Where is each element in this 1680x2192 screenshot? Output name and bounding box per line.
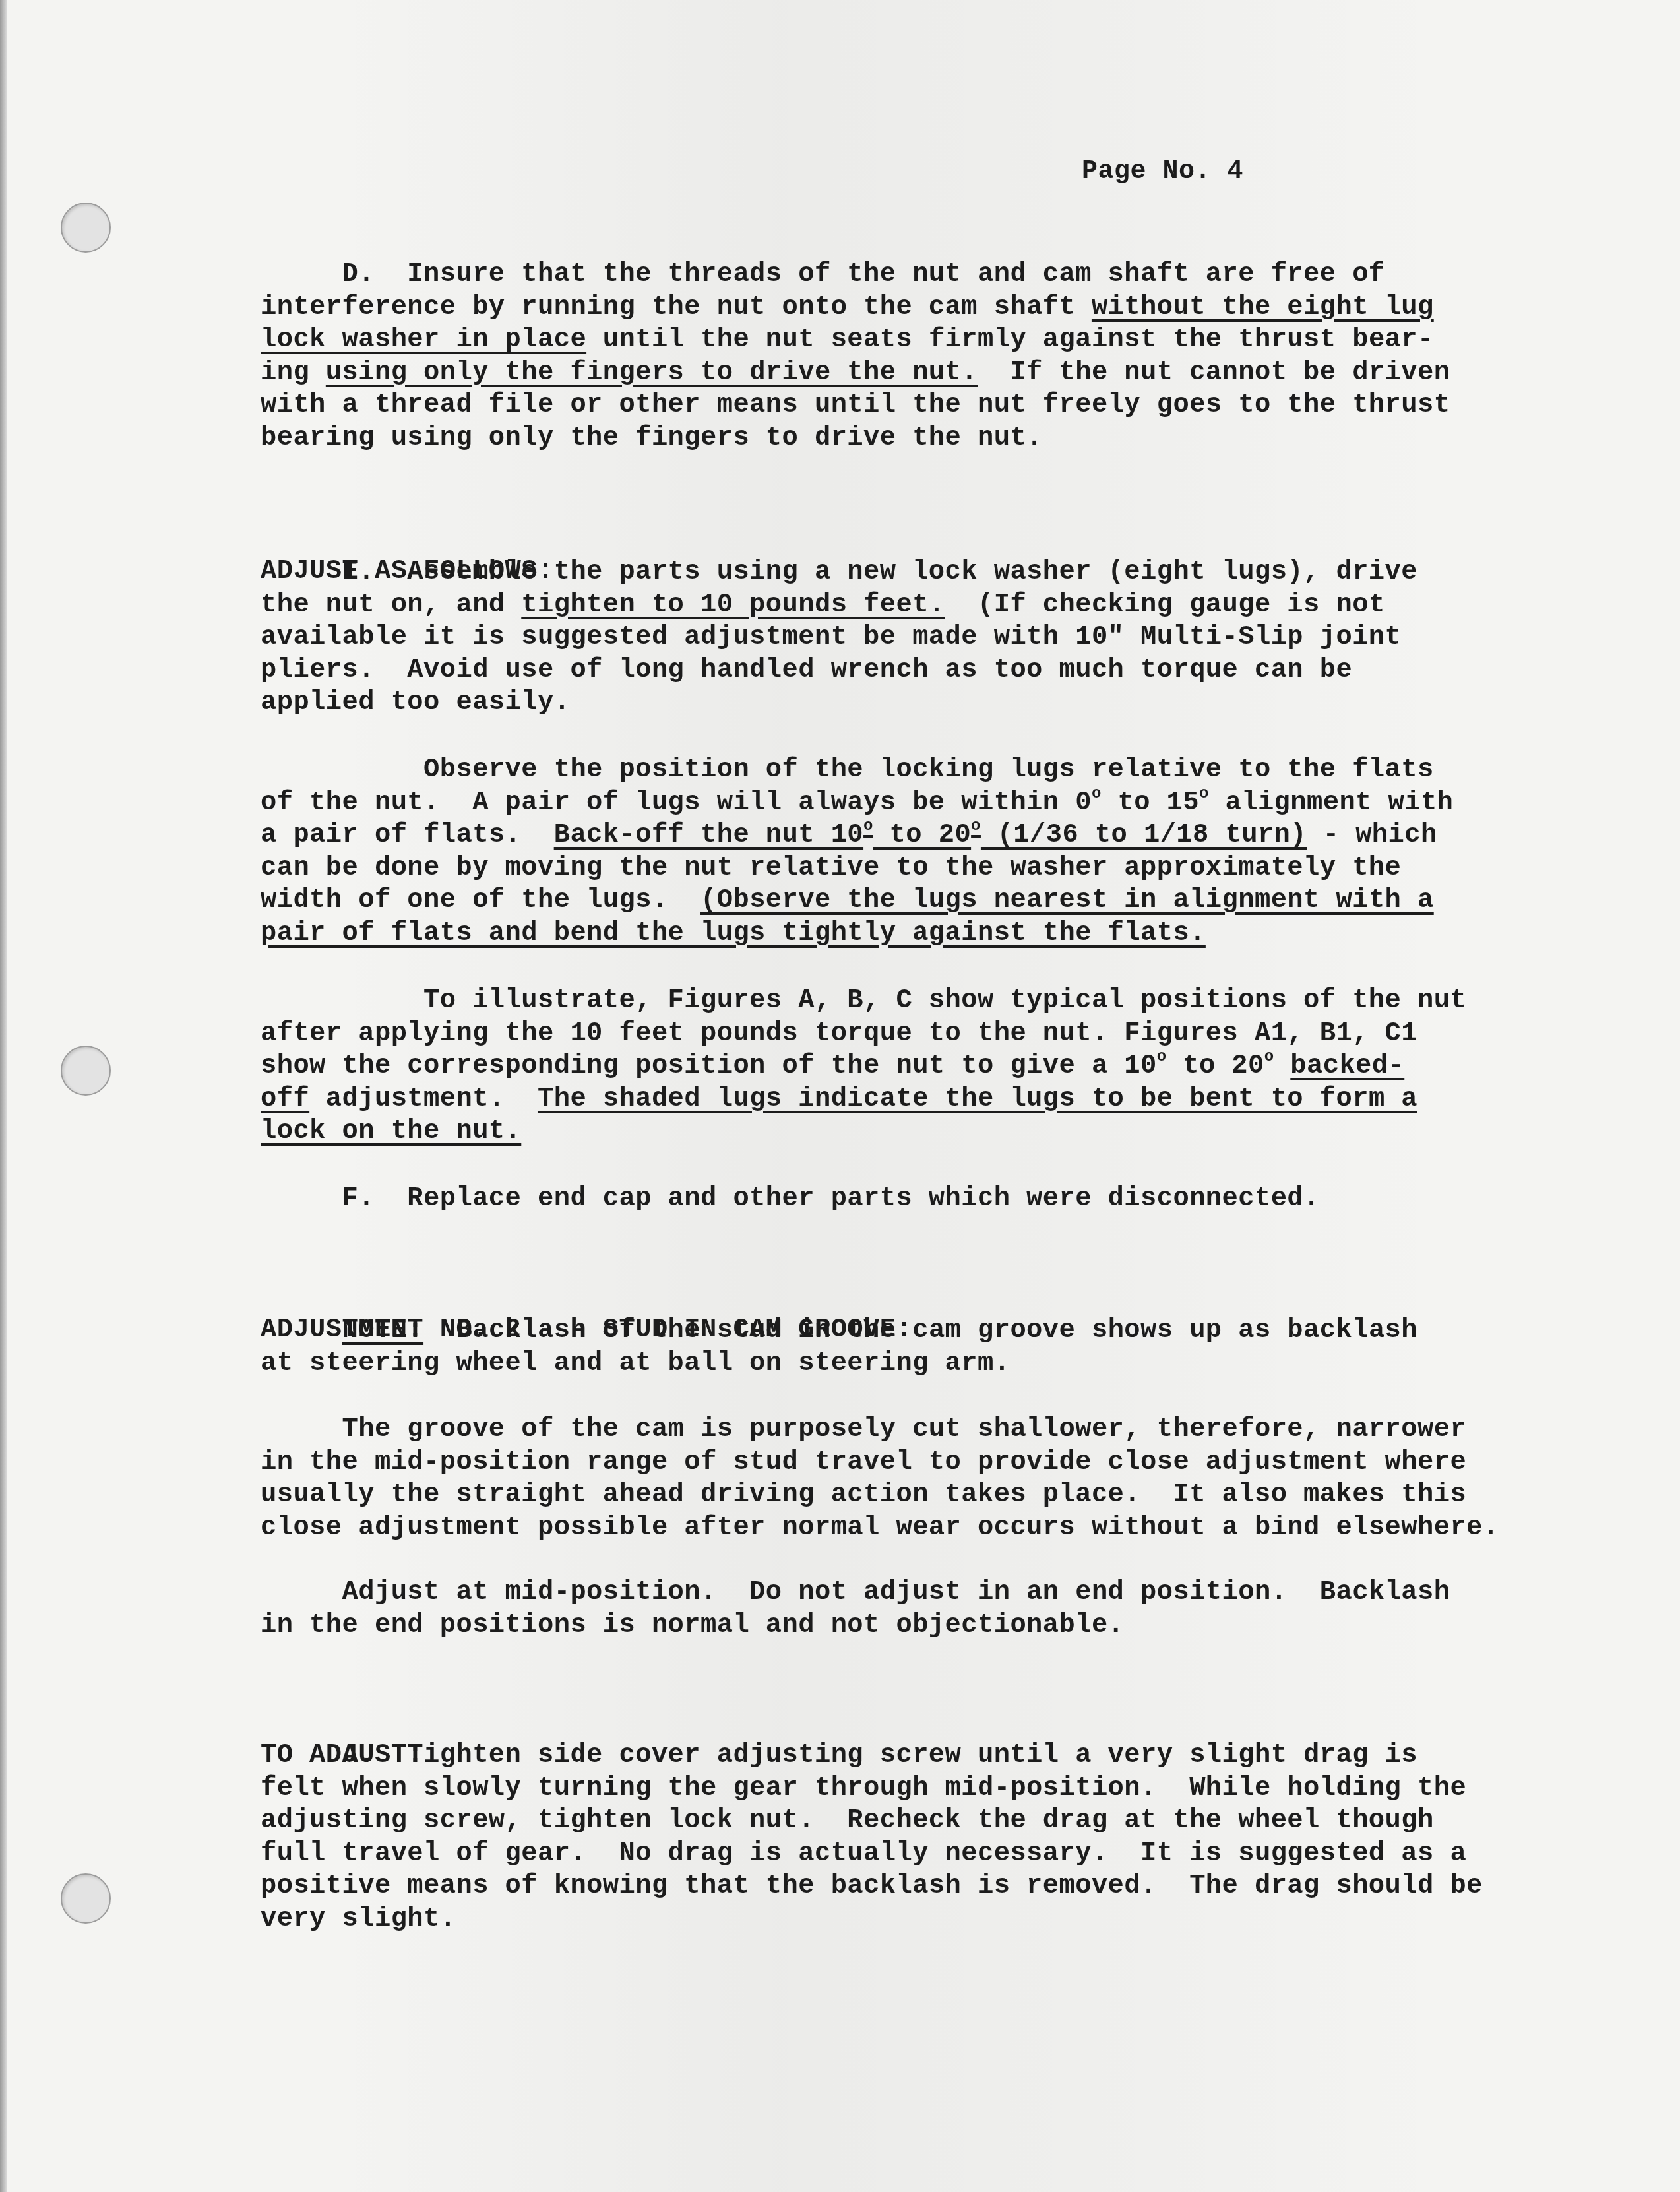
degree-superscript: o <box>1092 785 1102 803</box>
text-line: pliers. Avoid use of long handled wrench… <box>261 654 1514 687</box>
underlined-text: to 20 <box>873 820 971 850</box>
underlined-text: pair of flats and bend the lugs tightly … <box>261 918 1206 949</box>
text-line: The groove of the cam is purposely cut s… <box>261 1414 1514 1447</box>
text-line: in the mid-position range of stud travel… <box>261 1447 1514 1480</box>
section-f: F. Replace end cap and other parts which… <box>261 1183 1514 1216</box>
paragraph-illustrate-figures: To illustrate, Figures A, B, C show typi… <box>261 985 1514 1148</box>
text-line: ing using only the fingers to drive the … <box>261 357 1514 390</box>
binder-hole-middle <box>61 1046 111 1096</box>
binder-hole-bottom <box>61 1873 111 1924</box>
underlined-text: lock washer in place <box>261 325 586 355</box>
text-line: E. Assemble the parts using a new lock w… <box>261 556 1514 589</box>
text-line: at steering wheel and at ball on steerin… <box>261 1348 1514 1381</box>
underlined-text: Back-off the nut 10 <box>554 820 863 850</box>
paragraph-observe-lugs: Observe the position of the locking lugs… <box>261 754 1514 950</box>
underlined-text: using only the fingers to drive the nut. <box>326 358 978 388</box>
degree-superscript: o <box>971 817 981 835</box>
text-line: adjusting screw, tighten lock nut. Reche… <box>261 1805 1514 1838</box>
degree-superscript: o <box>1199 785 1209 803</box>
underlined-text: off <box>261 1084 309 1114</box>
underlined-text: (1/36 to 1/18 turn) <box>981 820 1307 850</box>
text-line: lock on the nut. <box>261 1115 1514 1148</box>
section-d: D. Insure that the threads of the nut an… <box>261 259 1514 454</box>
text-line: To illustrate, Figures A, B, C show typi… <box>261 985 1514 1018</box>
text-line: pair of flats and bend the lugs tightly … <box>261 918 1514 951</box>
text-line: after applying the 10 feet pounds torque… <box>261 1018 1514 1051</box>
underlined-text: tighten to 10 pounds feet. <box>521 590 945 620</box>
text-line: positive means of knowing that the backl… <box>261 1870 1514 1903</box>
text-line: off adjustment. The shaded lugs indicate… <box>261 1083 1514 1116</box>
underlined-text: without the eight lug <box>1092 292 1434 323</box>
text-line: very slight. <box>261 1903 1514 1936</box>
section-e: E. Assemble the parts using a new lock w… <box>261 556 1514 720</box>
underlined-text: (Observe the lugs nearest in alignment w… <box>700 885 1434 916</box>
text-line: close adjustment possible after normal w… <box>261 1512 1514 1545</box>
text-line: usually the straight ahead driving actio… <box>261 1479 1514 1512</box>
text-line: width of one of the lugs. (Observe the l… <box>261 885 1514 918</box>
page-number: Page No. 4 <box>1082 157 1243 187</box>
text-line: F. Replace end cap and other parts which… <box>261 1183 1514 1216</box>
binder-hole-top <box>61 203 111 253</box>
text-line: of the nut. A pair of lugs will always b… <box>261 787 1514 820</box>
text-line: interference by running the nut onto the… <box>261 292 1514 325</box>
text-line: can be done by moving the nut relative t… <box>261 852 1514 885</box>
underlined-text: The shaded lugs indicate the lugs to be … <box>538 1084 1417 1114</box>
text-line: full travel of gear. No drag is actually… <box>261 1838 1514 1871</box>
text-line: in the end positions is normal and not o… <box>261 1610 1514 1643</box>
text-line: the nut on, and tighten to 10 pounds fee… <box>261 589 1514 622</box>
text-line: Adjust at mid-position. Do not adjust in… <box>261 1577 1514 1610</box>
section-a: A. Tighten side cover adjusting screw un… <box>261 1739 1514 1935</box>
text-line: NOTE: Backlash of the stud in the cam gr… <box>261 1315 1514 1348</box>
text-line: Observe the position of the locking lugs… <box>261 754 1514 787</box>
text-line: applied too easily. <box>261 687 1514 720</box>
page-edge <box>0 0 7 2192</box>
text-line: D. Insure that the threads of the nut an… <box>261 259 1514 292</box>
text-line: felt when slowly turning the gear throug… <box>261 1772 1514 1805</box>
text-line: with a thread file or other means until … <box>261 389 1514 422</box>
paragraph-cam-groove: The groove of the cam is purposely cut s… <box>261 1414 1514 1544</box>
note-backlash: NOTE: Backlash of the stud in the cam gr… <box>261 1315 1514 1380</box>
underlined-text: NOTE: <box>342 1315 424 1346</box>
degree-superscript: o <box>1264 1048 1274 1066</box>
text-line: a pair of flats. Back-off the nut 10o to… <box>261 819 1514 852</box>
text-line: available it is suggested adjustment be … <box>261 621 1514 654</box>
text-line: lock washer in place until the nut seats… <box>261 324 1514 357</box>
underlined-text: lock on the nut. <box>261 1116 521 1146</box>
text-line: bearing using only the fingers to drive … <box>261 422 1514 455</box>
text-line: A. Tighten side cover adjusting screw un… <box>261 1739 1514 1772</box>
paragraph-adjust-mid-position: Adjust at mid-position. Do not adjust in… <box>261 1577 1514 1642</box>
degree-superscript: o <box>863 817 873 835</box>
degree-superscript: o <box>1157 1048 1167 1066</box>
text-line: show the corresponding position of the n… <box>261 1050 1514 1083</box>
underlined-text: backed- <box>1290 1051 1404 1081</box>
